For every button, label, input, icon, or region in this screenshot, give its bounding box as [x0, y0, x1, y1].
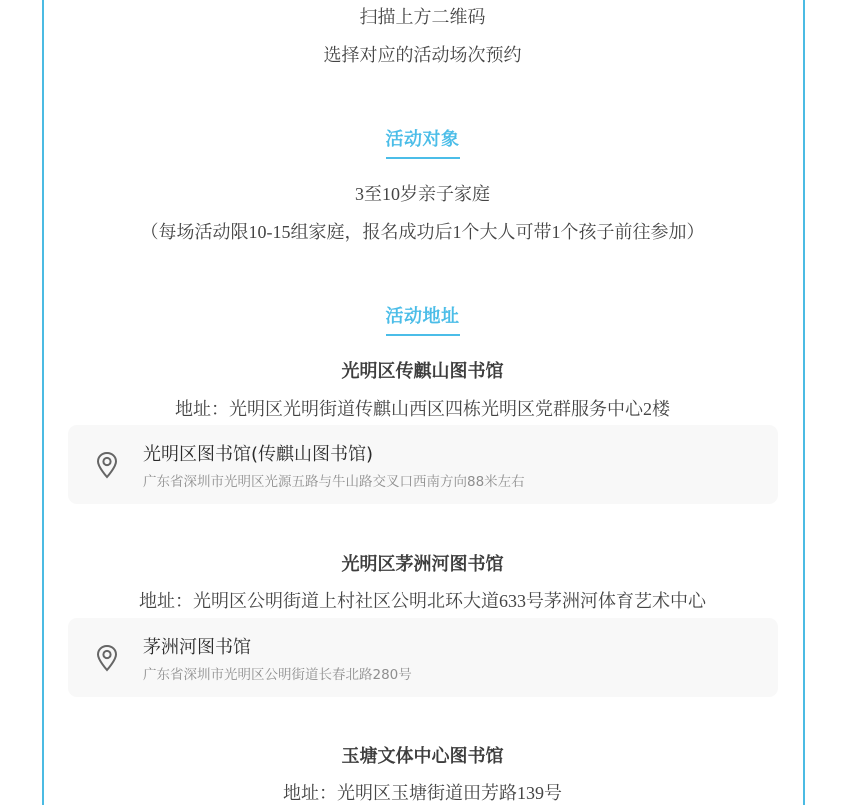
map-card-title: 茅洲河图书馆 — [143, 633, 251, 659]
audience-heading-text: 活动对象 — [386, 129, 460, 159]
map-location-card[interactable]: 光明区图书馆(传麒山图书馆) 广东省深圳市光明区光源五路与牛山路交叉口西南方向8… — [68, 425, 778, 504]
library-name: 光明区传麒山图书馆 — [0, 357, 845, 383]
audience-age-text: 3至10岁亲子家庭 — [0, 180, 845, 206]
location-pin-icon — [95, 644, 119, 672]
library-name: 玉塘文体中心图书馆 — [0, 742, 845, 768]
intro-choose-session-text: 选择对应的活动场次预约 — [0, 41, 845, 67]
map-card-title: 光明区图书馆(传麒山图书馆) — [143, 440, 373, 466]
audience-note-text: （每场活动限10-15组家庭，报名成功后1个大人可带1个孩子前往参加） — [0, 218, 845, 244]
map-location-card[interactable]: 茅洲河图书馆 广东省深圳市光明区公明街道长春北路280号 — [68, 618, 778, 697]
library-address: 地址：光明区光明街道传麒山西区四栋光明区党群服务中心2楼 — [0, 395, 845, 421]
intro-scan-qr-text: 扫描上方二维码 — [0, 3, 845, 29]
address-section-heading: 活动地址 — [0, 306, 845, 336]
library-name: 光明区茅洲河图书馆 — [0, 550, 845, 576]
map-card-subtitle: 广东省深圳市光明区光源五路与牛山路交叉口西南方向88米左右 — [143, 470, 525, 490]
library-address: 地址：光明区公明街道上村社区公明北环大道633号茅洲河体育艺术中心 — [0, 587, 845, 613]
audience-section-heading: 活动对象 — [0, 129, 845, 159]
library-address: 地址：光明区玉塘街道田芳路139号 — [0, 779, 845, 805]
map-card-subtitle: 广东省深圳市光明区公明街道长春北路280号 — [143, 663, 412, 683]
location-pin-icon — [95, 451, 119, 479]
address-heading-text: 活动地址 — [386, 306, 460, 336]
